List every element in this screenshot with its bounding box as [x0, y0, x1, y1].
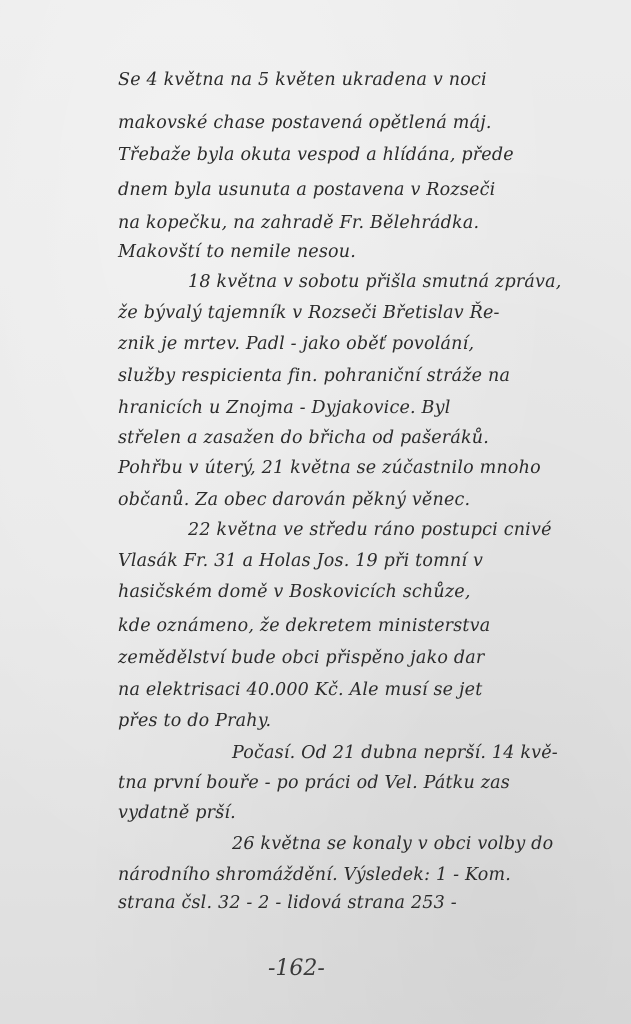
text-line: Pohřbu v úterý, 21 května se zúčastnilo …	[118, 458, 541, 478]
text-line: Vlasák Fr. 31 a Holas Jos. 19 při tomní …	[118, 551, 483, 571]
scanned-page: Se 4 května na 5 květen ukradena v noci …	[0, 0, 631, 1024]
text-line: strana čsl. 32 - 2 - lidová strana 253 -	[118, 893, 457, 913]
text-line: služby respicienta fin. pohraniční stráž…	[118, 366, 510, 386]
text-line: že bývalý tajemník v Rozseči Břetislav Ř…	[118, 303, 500, 323]
text-line: na kopečku, na zahradě Fr. Bělehrádka.	[118, 213, 479, 233]
text-line: občanů. Za obec darován pěkný věnec.	[118, 490, 470, 510]
text-line: vydatně prší.	[118, 803, 236, 823]
text-line: Se 4 května na 5 květen ukradena v noci	[118, 70, 487, 90]
text-line: zemědělství bude obci přispěno jako dar	[118, 648, 484, 668]
text-line: na elektrisaci 40.000 Kč. Ale musí se je…	[118, 680, 482, 700]
text-line: makovské chase postavená opětlená máj.	[118, 113, 492, 133]
text-line: hasičském domě v Boskovicích schůze,	[118, 582, 471, 602]
text-line: dnem byla usunuta a postavena v Rozseči	[118, 180, 495, 200]
text-line: hranicích u Znojma - Dyjakovice. Byl	[118, 398, 451, 418]
text-line: tna první bouře - po práci od Vel. Pátku…	[118, 773, 510, 793]
text-line: 26 května se konaly v obci volby do	[232, 834, 553, 854]
text-line: Třebaže byla okuta vespod a hlídána, pře…	[118, 145, 514, 165]
text-line: střelen a zasažen do břicha od pašeráků.	[118, 428, 489, 448]
text-line: kde oznámeno, že dekretem ministerstva	[118, 616, 490, 636]
text-line: přes to do Prahy.	[118, 711, 271, 731]
text-line: Makovští to nemile nesou.	[118, 242, 356, 262]
page-number: -162-	[268, 956, 325, 981]
text-line: Počasí. Od 21 dubna neprší. 14 kvě-	[232, 743, 558, 763]
text-line: 22 května ve středu ráno postupci cnivé	[188, 520, 552, 540]
text-line: 18 května v sobotu přišla smutná zpráva,	[188, 272, 562, 292]
text-line: znik je mrtev. Padl - jako oběť povolání…	[118, 334, 474, 354]
text-line: národního shromáždění. Výsledek: 1 - Kom…	[118, 865, 511, 885]
